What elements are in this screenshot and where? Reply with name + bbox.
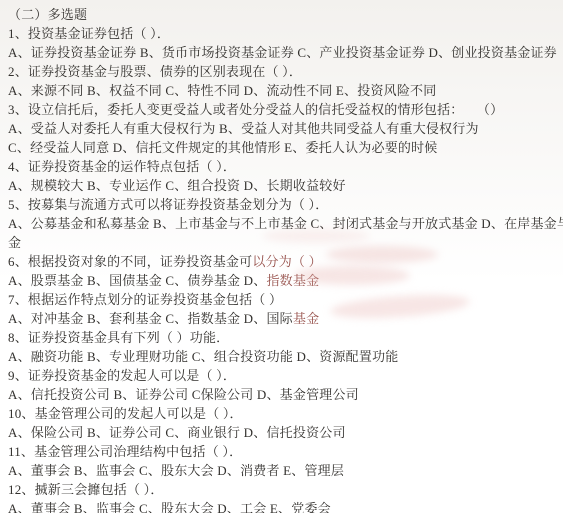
options-line: A、融资功能 B、专业理财功能 C、组合投资功能 D、资源配置功能 xyxy=(8,347,561,366)
question-line: 6、根据投资对象的不同，证券投资基金可以分为（ ） xyxy=(8,252,561,271)
text-segment: A、董事会 B、监事会 C、股东大会 D、工会 E、党委会 xyxy=(8,501,331,513)
options-line: A、规模较大 B、专业运作 C、组合投资 D、长期收益较好 xyxy=(8,176,561,195)
text-segment: （二）多选题 xyxy=(8,7,87,22)
options-line: C、经受益人同意 D、信托文件规定的其他情形 E、委托人认为必要的时候 xyxy=(8,138,561,157)
text-segment: 6、根据投资对象的不同，证券投资基金可 xyxy=(8,254,252,269)
text-segment: 4、证券投资基金的运作特点包括（ ）． xyxy=(8,159,236,174)
text-segment: 10、基金管理公司的发起人可以是（ ）． xyxy=(8,406,243,421)
question-line: 5、按募集与流通方式可以将证券投资基金划分为（ ）． xyxy=(8,195,561,214)
question-line: 3、设立信托后，委托人变更受益人或者处分受益人的信托受益权的情形包括： （） xyxy=(8,100,561,119)
continuation-line: 金 xyxy=(8,233,561,252)
text-segment: A、信托投资公司 B、证券公司 C保险公司 D、基金管理公司 xyxy=(8,387,359,402)
question-line: 12、搣新三会攠包括（ ）． xyxy=(8,480,561,499)
text-segment: A、来源不同 B、权益不同 C、特性不同 D、流动性不同 E、投资风险不同 xyxy=(8,83,436,98)
document-page: （二）多选题1、投资基金证券包括（ ）．A、证券投资基金证券 B、货币市场投资基… xyxy=(0,0,563,513)
question-line: 10、基金管理公司的发起人可以是（ ）． xyxy=(8,404,561,423)
options-line: A、股票基金 B、国债基金 C、债券基金 D、指数基金 xyxy=(8,271,561,290)
options-line: A、来源不同 B、权益不同 C、特性不同 D、流动性不同 E、投资风险不同 xyxy=(8,81,561,100)
question-list: （二）多选题1、投资基金证券包括（ ）．A、证券投资基金证券 B、货币市场投资基… xyxy=(8,5,561,513)
text-segment: A、董事会 B、监事会 C、股东大会 D、消费者 E、管理层 xyxy=(8,463,344,478)
text-segment: A、证券投资基金证券 B、货币市场投资基金证券 C、产业投资基金证券 D、创业投… xyxy=(8,45,557,60)
text-segment: A、公募基金和私募基金 B、上市基金与不上市基金 C、封闭式基金与开放式基金 D… xyxy=(8,216,563,231)
text-segment: 金 xyxy=(8,235,21,250)
highlighted-text: 以分为（ ） xyxy=(252,254,321,269)
text-segment: 11、基金管理公司治理结构中包括（ ）． xyxy=(8,444,242,459)
text-segment: 3、设立信托后，委托人变更受益人或者处分受益人的信托受益权的情形包括： （） xyxy=(8,102,503,117)
question-line: 4、证券投资基金的运作特点包括（ ）． xyxy=(8,157,561,176)
section-title: （二）多选题 xyxy=(8,5,561,24)
options-line: A、对冲基金 B、套利基金 C、指数基金 D、国际基金 xyxy=(8,309,561,328)
options-line: A、受益人对委托人有重大侵权行为 B、受益人对其他共同受益人有重大侵权行为 xyxy=(8,119,561,138)
text-segment: 8、证券投资基金具有下列（ ）功能． xyxy=(8,330,229,345)
text-segment: A、融资功能 B、专业理财功能 C、组合投资功能 D、资源配置功能 xyxy=(8,349,398,364)
text-segment: A、保险公司 B、证券公司 C、商业银行 D、信托投资公司 xyxy=(8,425,346,440)
question-line: 7、根据运作特点划分的证券投资基金包括（ ） xyxy=(8,290,561,309)
options-line: A、证券投资基金证券 B、货币市场投资基金证券 C、产业投资基金证券 D、创业投… xyxy=(8,43,561,62)
question-line: 9、证券投资基金的发起人可以是（ ）． xyxy=(8,366,561,385)
text-segment: A、受益人对委托人有重大侵权行为 B、受益人对其他共同受益人有重大侵权行为 xyxy=(8,121,479,136)
question-line: 2、证券投资基金与股票、债券的区别表现在（ ）． xyxy=(8,62,561,81)
text-segment: 7、根据运作特点划分的证券投资基金包括（ ） xyxy=(8,292,282,307)
text-segment: A、股票基金 B、国债基金 C、债券基金 D、 xyxy=(8,273,266,288)
text-segment: 9、证券投资基金的发起人可以是（ ）． xyxy=(8,368,236,383)
text-segment: 12、搣新三会攠包括（ ）． xyxy=(8,482,164,497)
text-segment: A、对冲基金 B、套利基金 C、指数基金 D、国际 xyxy=(8,311,293,326)
highlighted-text: 基金 xyxy=(293,311,319,326)
options-line: A、保险公司 B、证券公司 C、商业银行 D、信托投资公司 xyxy=(8,423,561,442)
question-line: 8、证券投资基金具有下列（ ）功能． xyxy=(8,328,561,347)
options-line: A、信托投资公司 B、证券公司 C保险公司 D、基金管理公司 xyxy=(8,385,561,404)
question-line: 1、投资基金证券包括（ ）． xyxy=(8,24,561,43)
text-segment: 1、投资基金证券包括（ ）． xyxy=(8,26,170,41)
highlighted-text: 指数基金 xyxy=(266,273,319,288)
options-line: A、董事会 B、监事会 C、股东大会 D、消费者 E、管理层 xyxy=(8,461,561,480)
options-line: A、公募基金和私募基金 B、上市基金与不上市基金 C、封闭式基金与开放式基金 D… xyxy=(8,214,561,233)
options-line: A、董事会 B、监事会 C、股东大会 D、工会 E、党委会 xyxy=(8,499,561,513)
text-segment: C、经受益人同意 D、信托文件规定的其他情形 E、委托人认为必要的时候 xyxy=(8,140,438,155)
question-line: 11、基金管理公司治理结构中包括（ ）． xyxy=(8,442,561,461)
text-segment: 5、按募集与流通方式可以将证券投资基金划分为（ ）． xyxy=(8,197,328,212)
text-segment: A、规模较大 B、专业运作 C、组合投资 D、长期收益较好 xyxy=(8,178,346,193)
text-segment: 2、证券投资基金与股票、债券的区别表现在（ ）． xyxy=(8,64,302,79)
